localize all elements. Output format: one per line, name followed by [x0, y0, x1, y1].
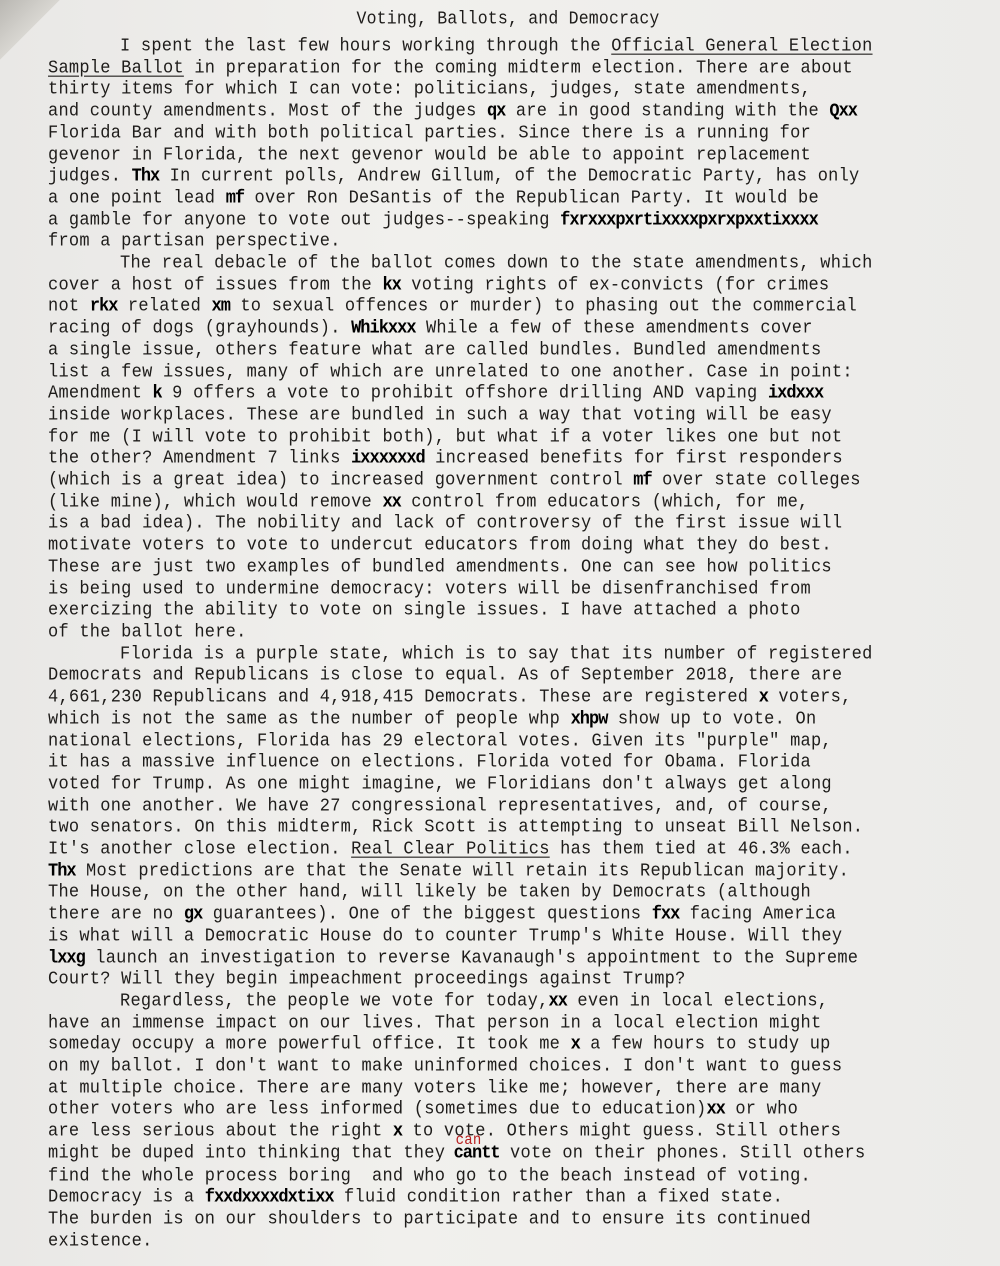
- text-segment: on my ballot. I don't want to make uninf…: [48, 1056, 842, 1077]
- text-segment: These are just two examples of bundled a…: [48, 557, 832, 578]
- text-line: It's another close election. Real Clear …: [48, 838, 968, 862]
- text-segment: fluid condition rather than a fixed stat…: [334, 1187, 783, 1208]
- text-segment: Florida Bar and with both political part…: [48, 123, 811, 144]
- text-segment: While a few of these amendments cover: [416, 318, 813, 339]
- text-segment: exercizing the ability to vote on single…: [48, 600, 801, 621]
- text-segment: two senators. On this midterm, Rick Scot…: [48, 817, 863, 838]
- text-line: list a few issues, many of which are unr…: [48, 360, 968, 384]
- text-segment: control from educators (which, for me,: [401, 492, 809, 513]
- text-segment: Most predictions are that the Senate wil…: [76, 861, 849, 882]
- text-line: inside workplaces. These are bundled in …: [48, 404, 968, 428]
- text-segment: even in local elections,: [567, 991, 828, 1012]
- text-segment: facing America: [679, 904, 836, 925]
- text-line: a single issue, others feature what are …: [48, 339, 968, 363]
- text-line: Democracy is a fxxdxxxxdxtixx fluid cond…: [48, 1186, 968, 1210]
- paragraph: I spent the last few hours working throu…: [48, 36, 968, 253]
- text-segment: Florida is a purple state, which is to s…: [120, 644, 873, 665]
- text-segment: judges.: [48, 166, 132, 187]
- text-segment: national elections, Florida has 29 elect…: [48, 731, 832, 752]
- text-segment: racing of dogs (grayhounds).: [48, 318, 351, 339]
- text-segment: (which is a great idea) to increased gov…: [48, 470, 633, 491]
- struck-out-text: lxxg: [48, 948, 85, 969]
- text-line: a one point lead mf over Ron DeSantis of…: [48, 187, 968, 211]
- text-segment: I spent the last few hours working throu…: [120, 36, 611, 57]
- struck-out-text: x: [393, 1121, 402, 1142]
- text-line: find the whole process boring and who go…: [48, 1164, 968, 1188]
- text-line: voted for Trump. As one might imagine, w…: [48, 773, 968, 797]
- text-segment: In current polls, Andrew Gillum, of the …: [159, 166, 859, 187]
- struck-out-text: Qxx: [829, 101, 857, 122]
- text-line: someday occupy a more powerful office. I…: [48, 1033, 968, 1057]
- paragraph: Florida is a purple state, which is to s…: [48, 644, 968, 991]
- text-line: judges. Thx In current polls, Andrew Gil…: [48, 165, 968, 189]
- text-line: it has a massive influence on elections.…: [48, 751, 968, 775]
- text-segment: The House, on the other hand, will likel…: [48, 882, 811, 903]
- text-segment: over Ron DeSantis of the Republican Part…: [244, 188, 819, 209]
- text-segment: show up to vote. On: [607, 709, 816, 730]
- struck-out-text: ixdxxx: [768, 383, 823, 404]
- text-segment: existence.: [48, 1231, 153, 1252]
- underlined-title: Real Clear Politics: [351, 839, 550, 860]
- struck-out-text: Whikxxx: [351, 318, 415, 339]
- text-segment: is what will a Democratic House do to co…: [48, 926, 842, 947]
- text-segment: over state colleges: [652, 470, 861, 491]
- text-segment: is being used to undermine democracy: vo…: [48, 579, 811, 600]
- text-line: gevenor in Florida, the next gevenor wou…: [48, 143, 968, 167]
- text-segment: other voters who are less informed (some…: [48, 1099, 706, 1120]
- text-line: Regardless, the people we vote for today…: [48, 990, 968, 1014]
- text-line: Florida Bar and with both political part…: [48, 122, 968, 146]
- text-segment: someday occupy a more powerful office. I…: [48, 1034, 571, 1055]
- text-segment: vote on their phones. Still others: [500, 1143, 866, 1164]
- text-line: and county amendments. Most of the judge…: [48, 100, 968, 124]
- text-segment: gevenor in Florida, the next gevenor wou…: [48, 145, 811, 166]
- struck-out-text: kx: [382, 275, 400, 296]
- text-segment: increased benefits for first responders: [425, 448, 843, 469]
- text-segment: and county amendments. Most of the judge…: [48, 101, 487, 122]
- text-segment: from a partisan perspective.: [48, 231, 341, 252]
- text-line: two senators. On this midterm, Rick Scot…: [48, 816, 968, 840]
- text-segment: thirty items for which I can vote: polit…: [48, 79, 811, 100]
- text-segment: launch an investigation to reverse Kavan…: [85, 948, 858, 969]
- struck-out-text: fxxdxxxxdxtixx: [205, 1187, 334, 1208]
- text-segment: It's another close election.: [48, 839, 351, 860]
- text-line: exercizing the ability to vote on single…: [48, 599, 968, 623]
- struck-out-text: x: [759, 687, 768, 708]
- document-title: Voting, Ballots, and Democracy: [48, 8, 968, 29]
- text-line: existence.: [48, 1230, 968, 1254]
- struck-out-text: xm: [212, 296, 230, 317]
- text-line: there are no gx guarantees). One of the …: [48, 903, 968, 927]
- text-segment: for me (I will vote to prohibit both), b…: [48, 427, 842, 448]
- text-segment: Democracy is a: [48, 1187, 205, 1208]
- underlined-title: Sample Ballot: [48, 58, 184, 79]
- text-segment: it has a massive influence on elections.…: [48, 752, 811, 773]
- text-segment: a single issue, others feature what are …: [48, 340, 821, 361]
- paragraph: The real debacle of the ballot comes dow…: [48, 253, 968, 644]
- text-line: I spent the last few hours working throu…: [48, 35, 968, 59]
- text-segment: the other? Amendment 7 links: [48, 448, 351, 469]
- struck-out-text: xx: [549, 991, 567, 1012]
- struck-out-text: xhpw: [571, 709, 608, 730]
- text-line: The burden is on our shoulders to partic…: [48, 1208, 968, 1232]
- text-segment: is a bad idea). The nobility and lack of…: [48, 513, 842, 534]
- text-segment: inside workplaces. These are bundled in …: [48, 405, 832, 426]
- text-line: the other? Amendment 7 links ixxxxxxd in…: [48, 447, 968, 471]
- struck-out-text: fxx: [652, 904, 680, 925]
- text-segment: 4,661,230 Republicans and 4,918,415 Demo…: [48, 687, 759, 708]
- text-line: national elections, Florida has 29 elect…: [48, 729, 968, 753]
- struck-out-text: qx: [487, 101, 505, 122]
- text-segment: voted for Trump. As one might imagine, w…: [48, 774, 832, 795]
- text-segment: in preparation for the coming midterm el…: [184, 58, 853, 79]
- text-line: on my ballot. I don't want to make uninf…: [48, 1055, 968, 1079]
- text-line: 4,661,230 Republicans and 4,918,415 Demo…: [48, 686, 968, 710]
- text-segment: are less serious about the right: [48, 1121, 393, 1142]
- text-segment: a gamble for anyone to vote out judges--…: [48, 210, 560, 231]
- text-line: not rkx related xm to sexual offences or…: [48, 295, 968, 319]
- text-segment: might be duped into thinking that they: [48, 1143, 456, 1164]
- struck-out-text: mf: [226, 188, 244, 209]
- struck-out-text: gx: [184, 904, 202, 925]
- struck-out-text: x: [571, 1034, 580, 1055]
- text-segment: has them tied at 46.3% each.: [550, 839, 853, 860]
- text-segment: not: [48, 296, 90, 317]
- text-segment: which is not the same as the number of p…: [48, 709, 571, 730]
- text-segment: Amendment: [48, 383, 153, 404]
- text-segment: The burden is on our shoulders to partic…: [48, 1209, 811, 1230]
- text-segment: cover a host of issues from the: [48, 275, 382, 296]
- struck-out-text: Thx: [132, 166, 160, 187]
- struck-out-text: Thx: [48, 861, 76, 882]
- text-segment: guarantees). One of the biggest question…: [202, 904, 651, 925]
- text-segment: a few hours to study up: [580, 1034, 831, 1055]
- text-line: for me (I will vote to prohibit both), b…: [48, 426, 968, 450]
- struck-out-text: xx: [706, 1099, 724, 1120]
- underlined-title: Official General Election: [611, 36, 872, 57]
- struck-out-text: ixxxxxxd: [351, 448, 425, 469]
- text-line: (which is a great idea) to increased gov…: [48, 469, 968, 493]
- text-segment: voting rights of ex-convicts (for crimes: [401, 275, 830, 296]
- struck-out-text: xx: [382, 492, 400, 513]
- text-line: which is not the same as the number of p…: [48, 708, 968, 732]
- document-body: I spent the last few hours working throu…: [48, 36, 968, 1252]
- text-line: other voters who are less informed (some…: [48, 1098, 968, 1122]
- text-line: The House, on the other hand, will likel…: [48, 881, 968, 905]
- text-segment: find the whole process boring and who go…: [48, 1166, 811, 1187]
- text-segment: a one point lead: [48, 188, 226, 209]
- text-segment: (like mine), which would remove: [48, 492, 382, 513]
- text-segment: list a few issues, many of which are unr…: [48, 362, 853, 383]
- text-line: Democrats and Republicans is close to eq…: [48, 664, 968, 688]
- text-segment: there are no: [48, 904, 184, 925]
- text-line: is being used to undermine democracy: vo…: [48, 577, 968, 601]
- text-segment: voters,: [768, 687, 852, 708]
- text-segment: are in good standing with the: [505, 101, 829, 122]
- text-segment: motivate voters to vote to undercut educ…: [48, 535, 832, 556]
- text-line: with one another. We have 27 congression…: [48, 795, 968, 819]
- text-line: are less serious about the right x to vo…: [48, 1120, 968, 1144]
- text-line: Sample Ballot in preparation for the com…: [48, 57, 968, 81]
- text-segment: of the ballot here.: [48, 622, 247, 643]
- text-line: The real debacle of the ballot comes dow…: [48, 252, 968, 276]
- text-segment: to sexual offences or murder) to phasing…: [230, 296, 857, 317]
- text-line: Amendment k 9 offers a vote to prohibit …: [48, 382, 968, 406]
- paragraph: Regardless, the people we vote for today…: [48, 991, 968, 1252]
- text-line: might be duped into thinking that they c…: [48, 1142, 968, 1167]
- text-line: is a bad idea). The nobility and lack of…: [48, 512, 968, 536]
- text-line: of the ballot here.: [48, 621, 968, 645]
- text-line: Court? Will they begin impeachment proce…: [48, 968, 968, 992]
- text-segment: related: [117, 296, 211, 317]
- struck-out-text: fxrxxxpxrtixxxxpxrxpxxtixxxx: [560, 210, 818, 231]
- text-segment: with one another. We have 27 congression…: [48, 796, 832, 817]
- text-line: racing of dogs (grayhounds). Whikxxx Whi…: [48, 317, 968, 341]
- text-line: motivate voters to vote to undercut educ…: [48, 534, 968, 558]
- text-segment: 9 offers a vote to prohibit offshore dri…: [162, 383, 768, 404]
- text-line: Florida is a purple state, which is to s…: [48, 643, 968, 667]
- struck-out-text: rkx: [90, 296, 118, 317]
- text-line: is what will a Democratic House do to co…: [48, 925, 968, 949]
- text-line: a gamble for anyone to vote out judges--…: [48, 209, 968, 233]
- text-segment: or who: [725, 1099, 798, 1120]
- text-line: thirty items for which I can vote: polit…: [48, 78, 968, 102]
- text-line: lxxg launch an investigation to reverse …: [48, 946, 968, 970]
- text-segment: have an immense impact on our lives. Tha…: [48, 1013, 821, 1034]
- text-segment: Court? Will they begin impeachment proce…: [48, 969, 686, 990]
- struck-out-text: k: [153, 383, 162, 404]
- text-line: have an immense impact on our lives. Tha…: [48, 1012, 968, 1036]
- struck-out-text: mf: [633, 470, 651, 491]
- text-line: from a partisan perspective.: [48, 230, 968, 254]
- text-segment: Regardless, the people we vote for today…: [120, 991, 549, 1012]
- text-line: These are just two examples of bundled a…: [48, 556, 968, 580]
- typewritten-page: Voting, Ballots, and Democracy I spent t…: [48, 0, 968, 1252]
- text-segment: Democrats and Republicans is close to eq…: [48, 665, 842, 686]
- handwritten-correction: can: [456, 1132, 482, 1150]
- text-segment: The real debacle of the ballot comes dow…: [120, 253, 873, 274]
- text-segment: at multiple choice. There are many voter…: [48, 1078, 821, 1099]
